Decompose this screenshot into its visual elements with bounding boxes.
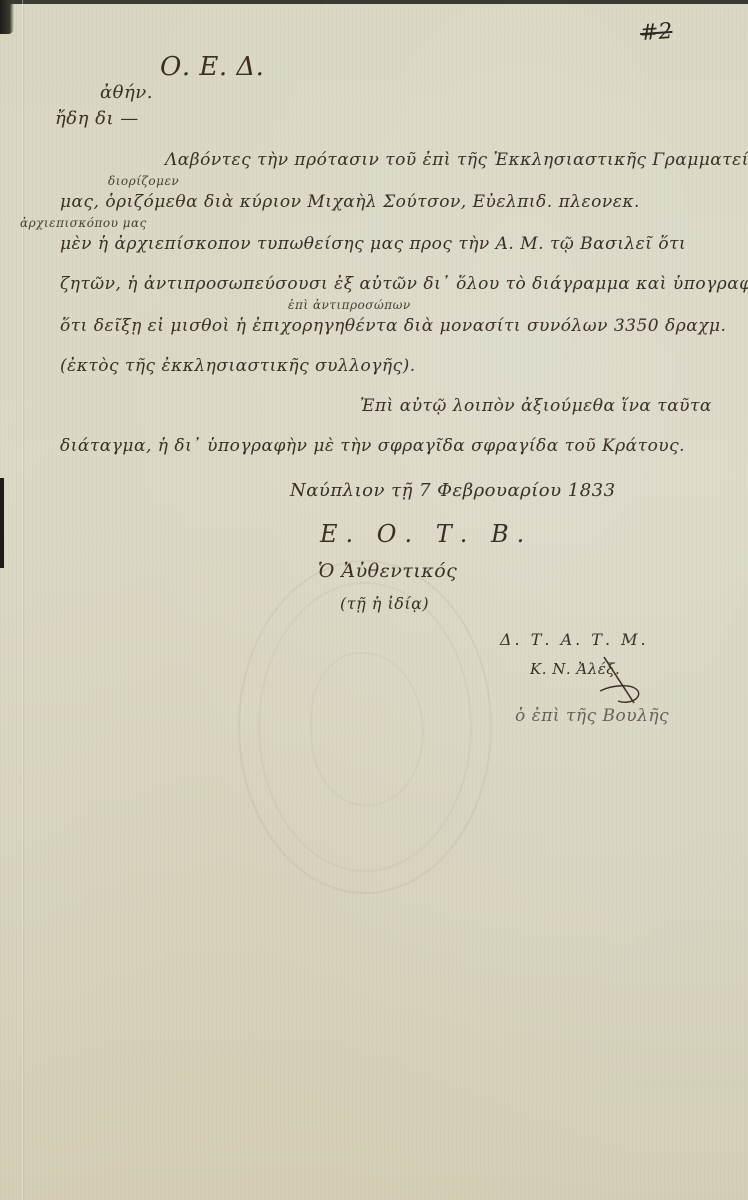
body-line-3: μὲν ἡ ἀρχιεπίσκοπον τυπωθείσης μας προς … <box>60 234 686 254</box>
heading-line-2: ἤδη δι — <box>55 108 139 129</box>
heading-abbrev: Ο. Ε. Δ. <box>160 52 264 82</box>
paper-fold-line <box>22 0 23 1200</box>
signature-title: Ὁ Ἀὐθεντικός <box>318 560 457 582</box>
countersign-initials: Δ. Τ. Α. Τ. Μ. <box>500 630 649 649</box>
heading-line-1: ἀθήν. <box>100 82 153 103</box>
body-line-5: ὅτι δεῖξῃ εἰ μισθοὶ ἡ ἐπιχορηγηθέντα διὰ… <box>60 316 726 336</box>
place-date: Ναύπλιον τῇ 7 Φεβρουαρίου 1833 <box>290 480 616 501</box>
insertion-1: διορίζομεν <box>108 174 179 188</box>
signature-initials: Ε. Ο. Τ. Β. <box>320 520 532 548</box>
body-line-1: Λαβόντες τὴν πρότασιν τοῦ ἐπὶ τῆς Ἐκκλησ… <box>165 150 748 170</box>
signature-flourish-icon <box>598 655 642 709</box>
countersign-note: ὁ ἐπὶ τῆς Βουλῆς <box>515 706 669 726</box>
insertion-3: ἐπὶ ἀντιπροσώπων <box>288 298 411 312</box>
scan-border-top <box>0 0 748 4</box>
closing-line-2: διάταγμα, ἡ δι᾽ ὑπογραφὴν μὲ τὴν σφραγῖδ… <box>60 436 685 456</box>
body-line-2: μας, ὁριζόμεθα διὰ κύριον Μιχαὴλ Σούτσον… <box>60 192 640 212</box>
body-line-4: ζητῶν, ἡ ἀντιπροσωπεύσουσι ἐξ αὐτῶν δι᾽ … <box>60 274 748 294</box>
closing-line-1: Ἐπὶ αὐτῷ λοιπὸν ἀξιούμεθα ἵνα ταῦτα <box>360 396 712 416</box>
body-line-6: (ἐκτὸς τῆς ἐκκλησιαστικῆς συλλογῆς). <box>60 356 416 376</box>
folio-number: #2 <box>639 19 673 46</box>
signature-note: (τῇ ἡ ἰδίᾳ) <box>340 594 429 613</box>
scan-border-left-mid <box>0 478 4 568</box>
insertion-2: ἀρχιεπισκόπου μας <box>20 216 147 230</box>
scan-border-left-top <box>0 0 14 34</box>
manuscript-page: #2 Ο. Ε. Δ. ἀθήν. ἤδη δι — Λαβόντες τὴν … <box>0 0 748 1200</box>
